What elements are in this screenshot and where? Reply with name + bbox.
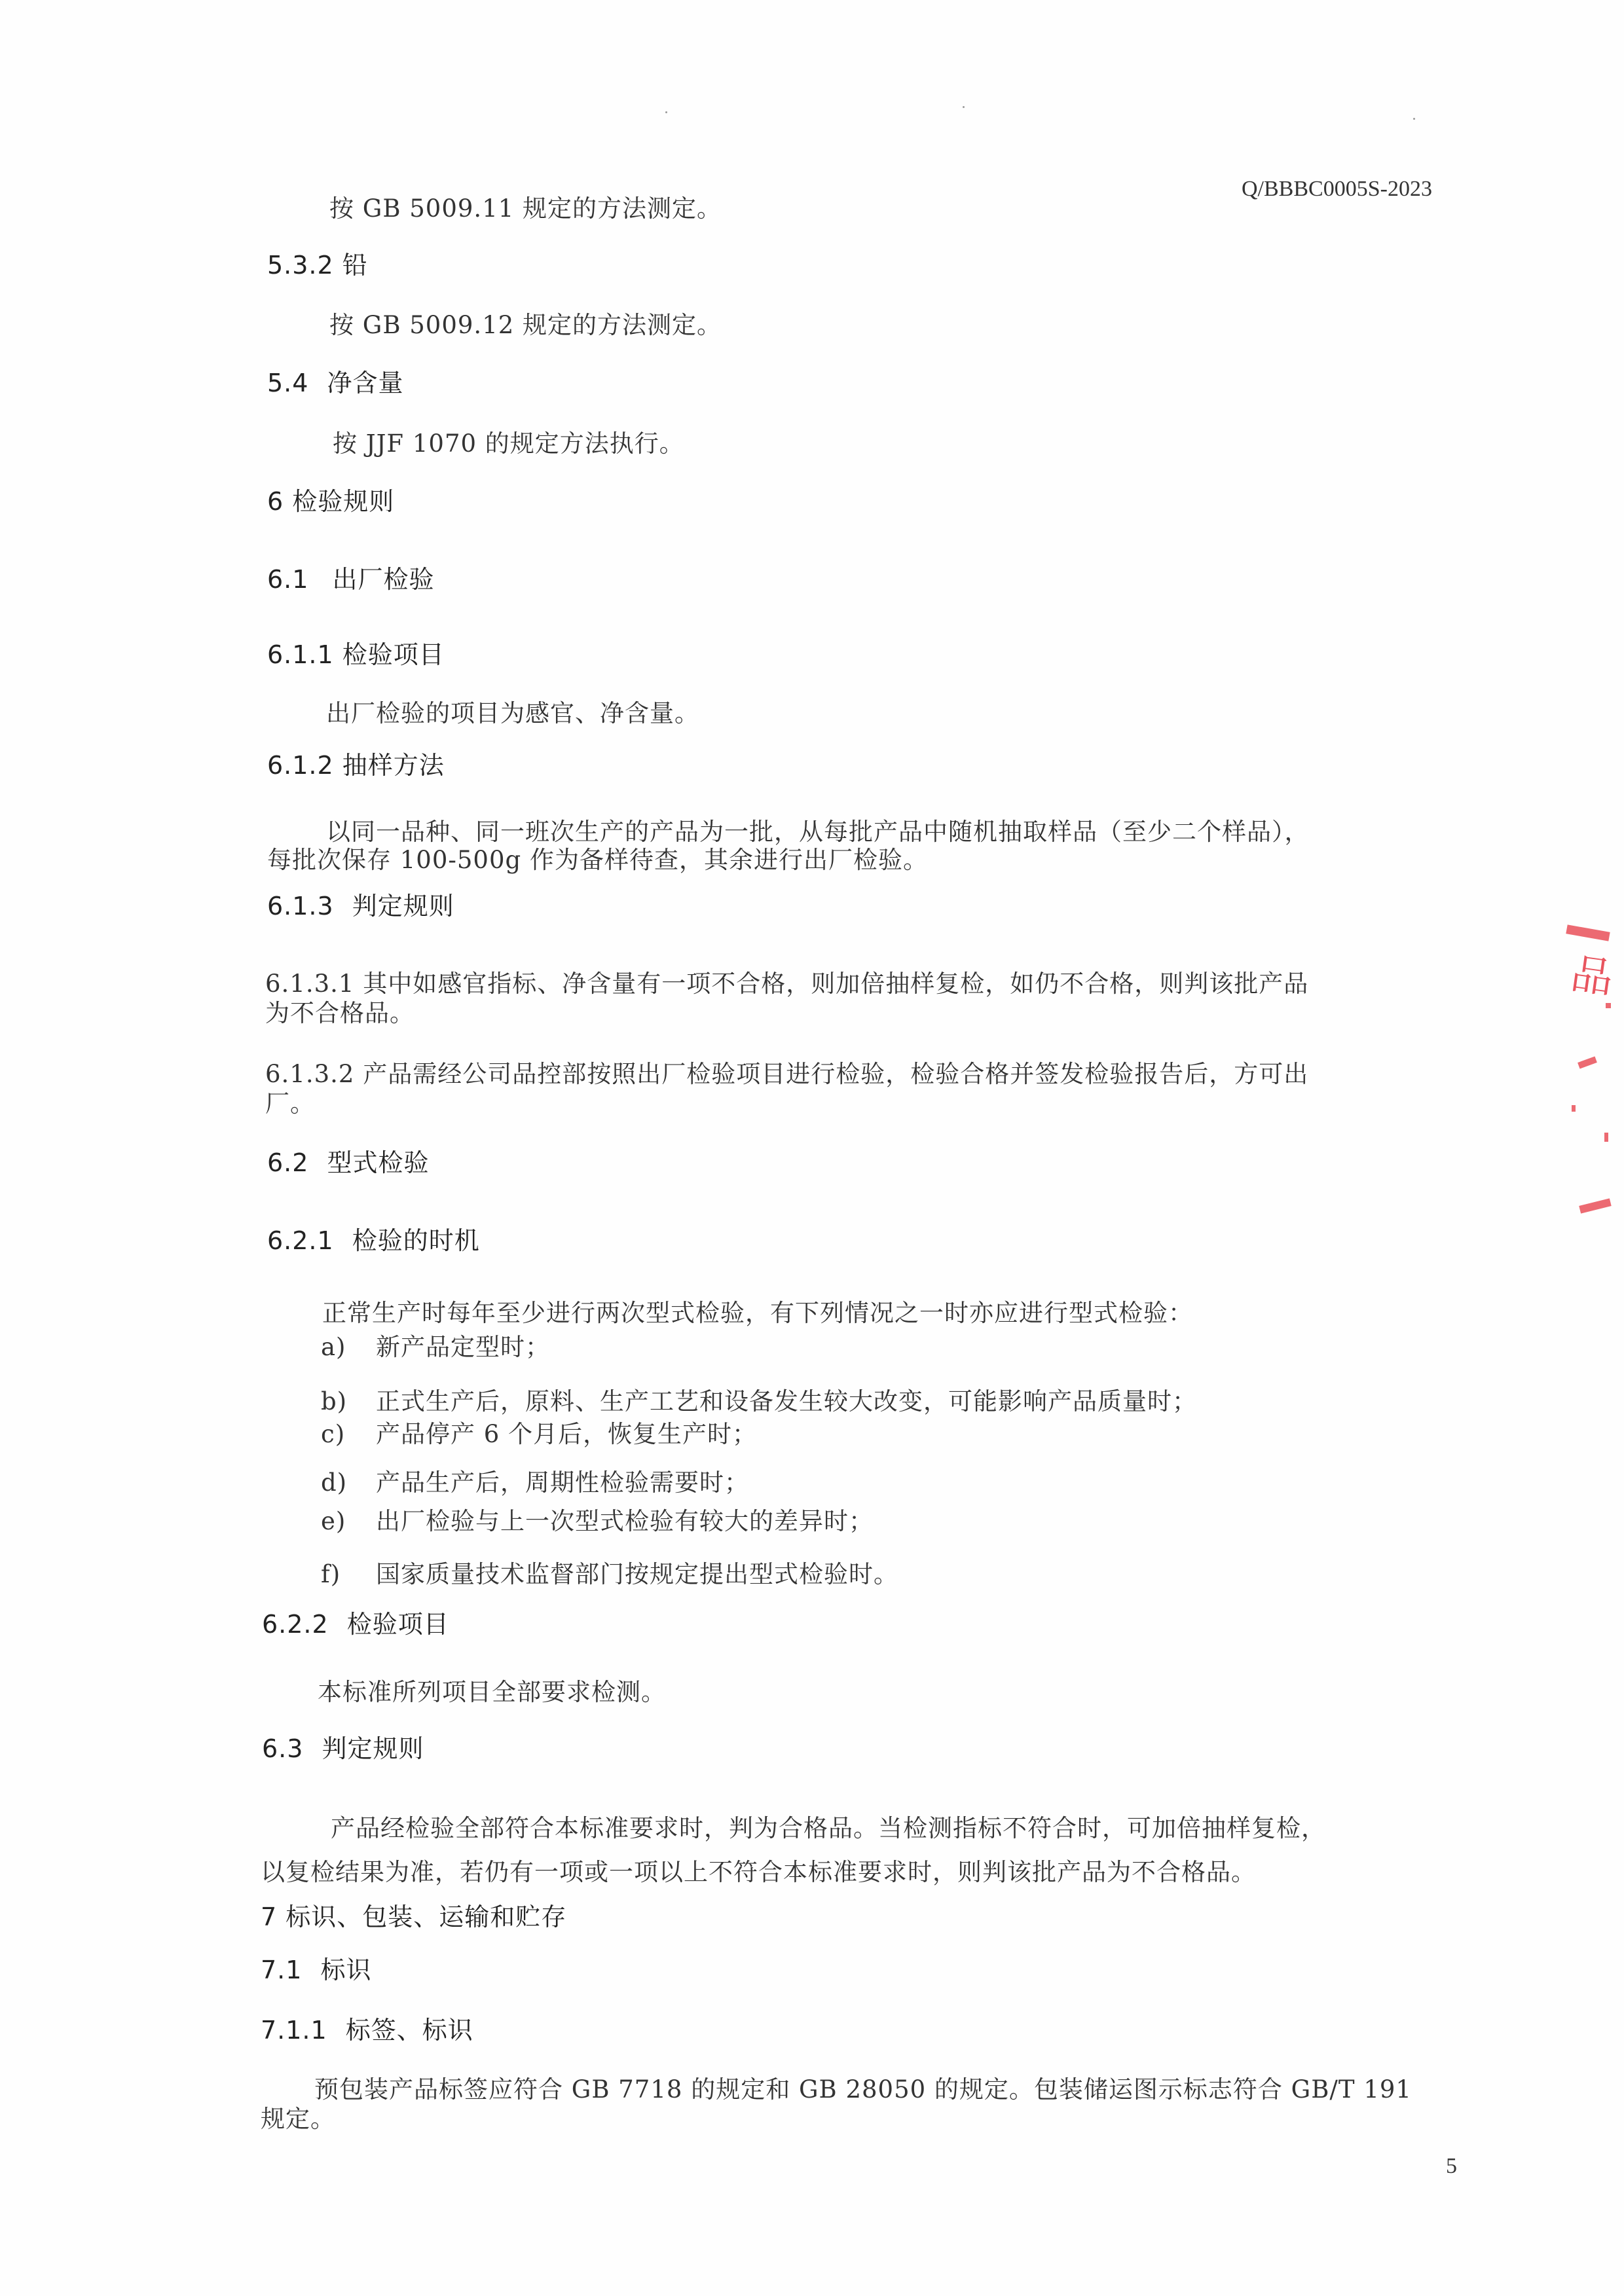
seal-mark [1578,1057,1597,1069]
list-text: 正式生产后，原料、生产工艺和设备发生较大改变，可能影响产品质量时； [376,1387,1197,1415]
scan-speck [1413,118,1415,120]
standard-code-header: Q/BBBC0005S-2023 [1242,178,1432,200]
list-item: e)出厂检验与上一次型式检验有较大的差异时； [321,1509,874,1533]
paragraph-6-1-2-line2: 每批次保存 100-500g 作为备样待查，其余进行出厂检验。 [267,848,928,872]
heading-6-1-1: 6.1.1 检验项目 [267,642,445,667]
document-page: Q/BBBC0005S-2023 按 GB 5009.11 规定的方法测定。 5… [0,0,1624,2296]
heading-5-3-2: 5.3.2 铅 [267,253,368,278]
paragraph-6-1-3-1-line2: 为不合格品。 [265,1001,415,1025]
list-marker: f) [321,1562,376,1586]
heading-number: 7.1.1 [261,2016,327,2045]
heading-7-1: 7.1标识 [261,1958,371,1982]
heading-6-2-2: 6.2.2检验项目 [262,1612,449,1637]
list-marker: a) [321,1335,376,1359]
heading-5-4: 5.4净含量 [267,371,403,395]
heading-title: 判定规则 [322,1734,424,1763]
heading-6: 6 检验规则 [267,489,394,514]
paragraph-6-1-3-1-line1: 6.1.3.1 其中如感官指标、净含量有一项不合格，则加倍抽样复检，如仍不合格，… [265,972,1308,996]
paragraph-6-3-line2: 以复检结果为准，若仍有一项或一项以上不符合本标准要求时，则判该批产品为不合格品。 [261,1860,1256,1884]
heading-7: 7 标识、包装、运输和贮存 [261,1904,566,1929]
seal-mark [1572,1105,1576,1112]
heading-title: 抽样方法 [342,751,445,780]
seal-glyph: 品 [1568,940,1617,1006]
heading-number: 6.1.3 [267,892,334,920]
paragraph-5-3-2-method: 按 GB 5009.12 规定的方法测定。 [329,313,722,337]
paragraph-7-1-1-line1: 预包装产品标签应符合 GB 7718 的规定和 GB 28050 的规定。包装储… [314,2077,1412,2102]
heading-number: 5.3.2 [267,251,334,280]
heading-title: 判定规则 [352,892,454,920]
paragraph-6-2-2: 本标准所列项目全部要求检测。 [318,1680,666,1704]
heading-title: 标识、包装、运输和贮存 [286,1903,566,1931]
list-item: d)产品生产后，周期性检验需要时； [321,1470,749,1495]
heading-6-2: 6.2型式检验 [267,1150,429,1175]
heading-number: 6.1.2 [267,751,334,780]
paragraph-5-3-1-method: 按 GB 5009.11 规定的方法测定。 [329,196,722,221]
paragraph-6-1-1: 出厂检验的项目为感官、净含量。 [326,701,699,725]
list-item: c)产品停产 6 个月后，恢复生产时； [321,1422,757,1446]
paragraph-6-3-line1: 产品经检验全部符合本标准要求时，判为合格品。当检测指标不符合时，可加倍抽样复检， [331,1816,1326,1840]
list-text: 产品停产 6 个月后，恢复生产时； [376,1420,757,1448]
list-text: 产品生产后，周期性检验需要时； [376,1468,749,1497]
heading-number: 6.2.2 [262,1610,329,1639]
heading-title: 铅 [342,251,368,280]
page-number: 5 [1446,2155,1457,2178]
heading-6-2-1: 6.2.1检验的时机 [267,1228,480,1253]
list-marker: d) [321,1470,376,1495]
paragraph-5-4-method: 按 JJF 1070 的规定方法执行。 [333,431,684,456]
list-marker: c) [321,1422,376,1446]
heading-number: 7.1 [261,1956,302,1984]
scan-speck [963,106,965,108]
heading-number: 7 [261,1903,277,1931]
heading-7-1-1: 7.1.1标签、标识 [261,2018,473,2043]
heading-number: 6.2 [267,1148,308,1177]
heading-title: 标签、标识 [346,2016,473,2045]
paragraph-6-2-1-intro: 正常生产时每年至少进行两次型式检验，有下列情况之一时亦应进行型式检验： [322,1301,1193,1325]
list-item: a)新产品定型时； [321,1335,550,1359]
list-text: 国家质量技术监督部门按规定提出型式检验时。 [376,1560,898,1588]
heading-title: 检验规则 [292,487,394,516]
heading-number: 5.4 [267,369,308,397]
heading-number: 6.2.1 [267,1226,334,1255]
list-marker: b) [321,1389,376,1413]
heading-number: 6.1.1 [267,640,334,669]
heading-title: 型式检验 [327,1148,429,1177]
heading-title: 检验的时机 [352,1226,480,1255]
list-text: 出厂检验与上一次型式检验有较大的差异时； [376,1507,874,1535]
seal-mark [1604,1133,1608,1142]
heading-6-1-2: 6.1.2 抽样方法 [267,753,445,778]
scan-speck [665,111,667,113]
heading-title: 检验项目 [342,640,445,669]
paragraph-7-1-1-line2: 规定。 [261,2107,335,2131]
paragraph-6-1-2-line1: 以同一品种、同一班次生产的产品为一批，从每批产品中随机抽取样品（至少二个样品）， [326,820,1310,844]
heading-6-1: 6.1出厂检验 [267,567,434,592]
list-item: f)国家质量技术监督部门按规定提出型式检验时。 [321,1562,898,1586]
list-text: 新产品定型时； [376,1333,550,1361]
seal-mark [1606,1003,1611,1008]
heading-6-3: 6.3判定规则 [262,1736,424,1761]
seal-border-bottom [1579,1198,1611,1213]
heading-title: 标识 [320,1956,371,1984]
heading-number: 6 [267,487,284,516]
list-marker: e) [321,1509,376,1533]
heading-6-1-3: 6.1.3判定规则 [267,894,454,919]
paragraph-6-1-3-2-line1: 6.1.3.2 产品需经公司品控部按照出厂检验项目进行检验，检验合格并签发检验报… [265,1062,1308,1086]
seal-border-top [1566,924,1610,941]
list-item: b)正式生产后，原料、生产工艺和设备发生较大改变，可能影响产品质量时； [321,1389,1197,1413]
heading-number: 6.3 [262,1734,303,1763]
heading-number: 6.1 [267,565,308,594]
heading-title: 检验项目 [347,1610,449,1639]
heading-title: 出厂检验 [332,565,434,594]
heading-title: 净含量 [327,369,403,397]
paragraph-6-1-3-2-line2: 厂。 [265,1091,315,1116]
